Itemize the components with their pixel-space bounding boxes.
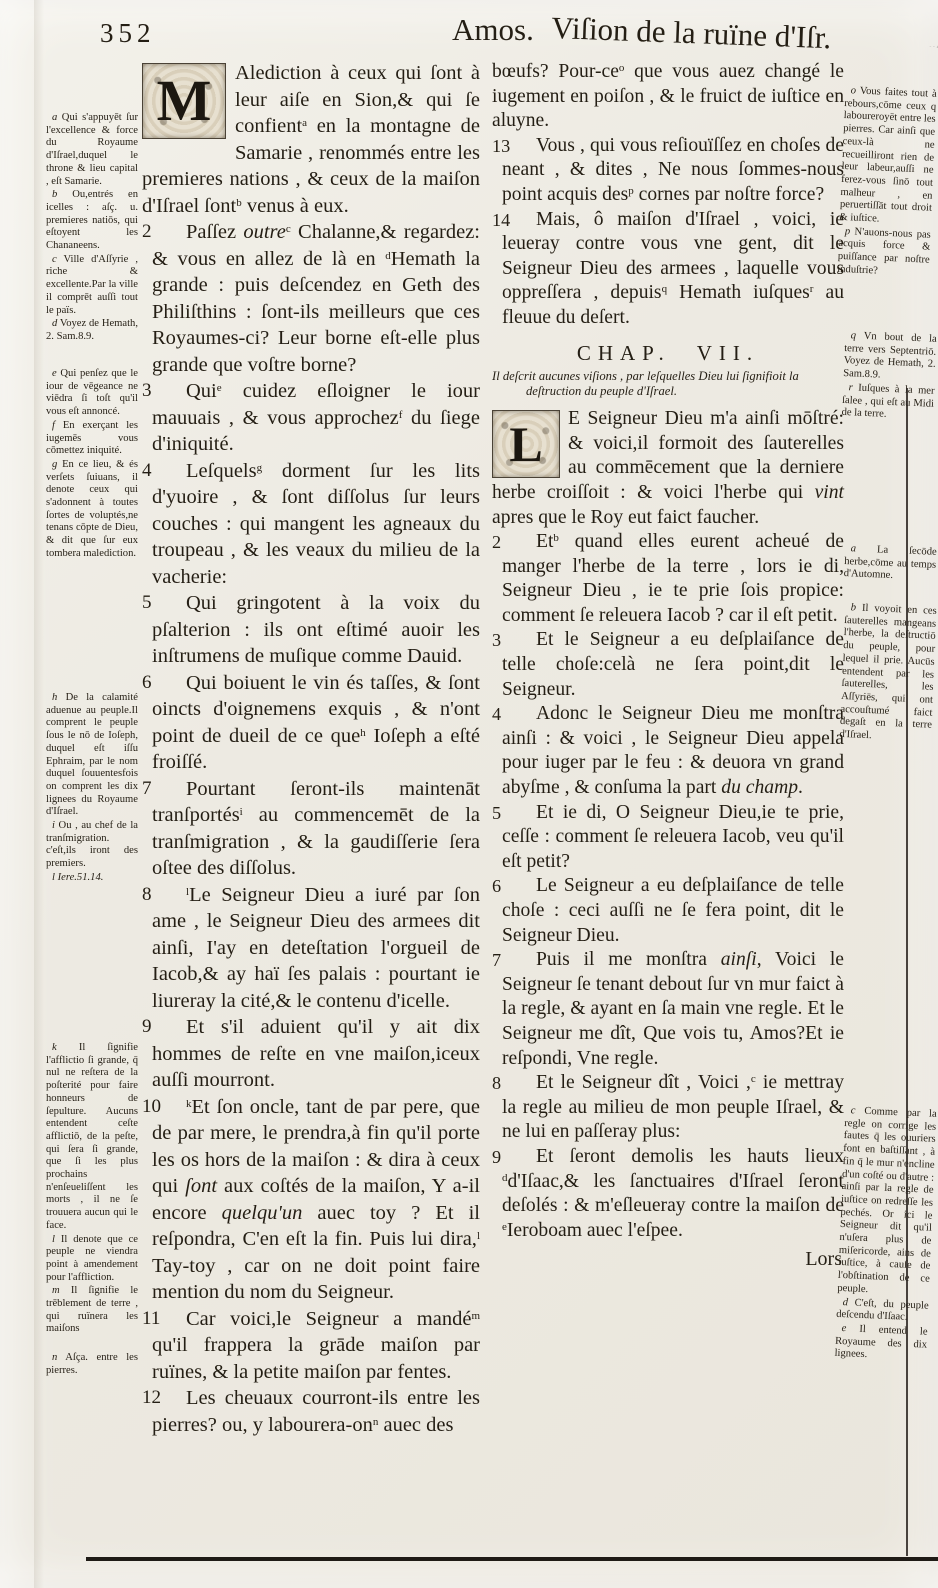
verse-number: 12 bbox=[142, 1385, 161, 1412]
verse-number: 7 bbox=[142, 776, 152, 803]
margin-note: q Vn bout de la terre vers Septentriō. V… bbox=[843, 330, 937, 385]
verse-number: 6 bbox=[492, 874, 501, 899]
verse-8: 8Et le Seigneur dît , Voici ,c ie mettra… bbox=[492, 1071, 844, 1145]
scan-corner-artifact bbox=[892, 0, 938, 48]
verse-6: 6Qui boiuent le vin és taſſes, & ſont oi… bbox=[142, 670, 480, 776]
margin-note: e Qui penſez que le iour de vēgeance ne … bbox=[46, 368, 138, 419]
verses-ch6-col2: 13Vous , qui vous reſiouïſſez en choſes … bbox=[492, 134, 844, 331]
margin-note: h De la calamité aduenue au peuple.Il co… bbox=[46, 692, 138, 819]
left-margin-notes-group-4: k Il ſignifie l'afflictio ſi grande, q̄ … bbox=[46, 1042, 138, 1337]
verse-8: 8lLe Seigneur Dieu a iuré par ſon ame , … bbox=[142, 882, 480, 1015]
verse-12-continuation: bœufs? Pour-ceo que vous auez changé le … bbox=[492, 60, 844, 134]
verse-number: 8 bbox=[142, 882, 152, 909]
dropcap-initial-L: L bbox=[492, 410, 560, 478]
right-margin-notes-group-3: a La ſecōde herbe,cōme au temps d'Automn… bbox=[843, 543, 937, 586]
dropcap-letter: L bbox=[509, 432, 542, 457]
verse-number: 2 bbox=[142, 219, 152, 246]
book-title: Amos. bbox=[452, 12, 534, 48]
left-margin-notes-group-2: e Qui penſez que le iour de vēgeance ne … bbox=[46, 368, 138, 562]
margin-note: r Iuſques à la mer ſalee , qui eſt au Mi… bbox=[841, 382, 935, 424]
chapter-heading: CHAP.VII. bbox=[492, 341, 844, 366]
verse-9: 9Et ſeront demolis les hauts lieux dd'Iſ… bbox=[492, 1145, 844, 1243]
scan-right-rule-artifact bbox=[906, 388, 908, 1556]
margin-note: d Voyez de Hemath, 2. Sam.8.9. bbox=[46, 318, 138, 343]
verse-number: 8 bbox=[492, 1071, 501, 1096]
margin-note: p N'auons-nous pas acquis force & puiſſa… bbox=[837, 226, 931, 281]
dropcap-initial-M: M bbox=[142, 63, 226, 139]
verse-13: 13Vous , qui vous reſiouïſſez en choſes … bbox=[492, 134, 844, 208]
right-margin-notes-group-2: q Vn bout de la terre vers Septentriō. V… bbox=[841, 330, 937, 425]
margin-note: m Il ſignifie le trēblement de terre , q… bbox=[46, 1285, 138, 1336]
chapter-label: CHAP. bbox=[577, 341, 671, 365]
verse-12: 12Les cheuaux courront-ils entre les pie… bbox=[142, 1385, 480, 1438]
verse-4: 4Adonc le Seigneur Dieu me monſtra ainſi… bbox=[492, 702, 844, 800]
verse-number: 5 bbox=[492, 801, 501, 826]
catchword: Lors bbox=[492, 1247, 842, 1272]
margin-note: d C'eſt, du peuple deſcendu d'Iſaac. bbox=[836, 1296, 929, 1325]
verse-number: 6 bbox=[142, 670, 152, 697]
verse-11: 11Car voici,le Seigneur a mandém qu'il f… bbox=[142, 1306, 480, 1386]
margin-note: l Iere.51.14. bbox=[46, 872, 138, 885]
verse-number: 2 bbox=[492, 530, 501, 555]
margin-note: c Comme par la regle on corrige les faut… bbox=[837, 1105, 937, 1299]
verse-5: 5Et ie di, O Seigneur Dieu,ie te prie, c… bbox=[492, 801, 844, 875]
verse-number: 10 bbox=[142, 1094, 161, 1121]
dropcap-letter: M bbox=[157, 88, 212, 115]
margin-note: c Ville d'Aſſyrie , riche & excellente.P… bbox=[46, 254, 138, 318]
margin-note: b Il voyoit en ces ſauterelles mangeans … bbox=[839, 602, 937, 745]
verse-3: 3Quie cuidez eſloigner le iour mauuais ,… bbox=[142, 378, 480, 458]
margin-note: o Vous faites tout à rebours,cōme ceux q… bbox=[839, 85, 937, 228]
margin-note: k Il ſignifie l'afflictio ſi grande, q̄ … bbox=[46, 1042, 138, 1233]
running-title: Viſion de la ruïne d'Iſr. bbox=[551, 10, 832, 56]
verse-2: 2Etb quand elles eurent acheué de manger… bbox=[492, 530, 844, 628]
page-number: 352 bbox=[100, 18, 156, 49]
verse-14: 14Mais, ô maiſon d'Iſrael , voici, ie le… bbox=[492, 208, 844, 331]
verse-9: 9Et s'il aduient qu'il y ait dix hommes … bbox=[142, 1014, 480, 1094]
left-margin-notes-group-3: h De la calamité aduenue au peuple.Il co… bbox=[46, 692, 138, 886]
verses-ch7: 2Etb quand elles eurent acheué de manger… bbox=[492, 530, 844, 1243]
verse-number: 4 bbox=[142, 458, 152, 485]
verse-number: 9 bbox=[142, 1014, 152, 1041]
page-gutter-shadow bbox=[34, 0, 44, 1588]
margin-note: l Il denote que ce peuple ne viendra poi… bbox=[46, 1234, 138, 1285]
verses-ch6-col1: 2Paſſez outrec Chalanne,& regardez: & vo… bbox=[142, 219, 480, 1438]
verse-4: 4Leſquelsg dorment ſur les lits d'yuoire… bbox=[142, 458, 480, 591]
verse-2: 2Paſſez outrec Chalanne,& regardez: & vo… bbox=[142, 219, 480, 378]
left-margin-notes-group-1: a Qui s'appuyēt ſur l'excellence & force… bbox=[46, 112, 138, 345]
verse-number: 4 bbox=[492, 702, 501, 727]
verse-number: 3 bbox=[492, 628, 501, 653]
chapter-number: VII. bbox=[697, 341, 759, 365]
verse-number: 13 bbox=[492, 134, 510, 159]
left-margin-notes-group-5: n Aſça. entre les pierres. bbox=[46, 1352, 138, 1378]
verse-6: 6Le Seigneur a eu deſplaiſance de telle … bbox=[492, 874, 844, 948]
margin-note: n Aſça. entre les pierres. bbox=[46, 1352, 138, 1377]
book-page: 352 Amos. Viſion de la ruïne d'Iſr. a Qu… bbox=[0, 0, 938, 1588]
scan-bottom-rule-artifact bbox=[86, 1557, 938, 1561]
chapter-summary: Il deſcrit aucunes viſions , par leſquel… bbox=[492, 369, 844, 398]
verse-7: 7Pourtant ſeront-ils maintenāt tranſport… bbox=[142, 776, 480, 882]
margin-note: e Il entend le Royaume des dix lignees. bbox=[834, 1323, 928, 1365]
verse-number: 11 bbox=[142, 1306, 160, 1333]
right-margin-notes-group-1: o Vous faites tout à rebours,cōme ceux q… bbox=[837, 85, 937, 281]
verse-3: 3Et le Seigneur a eu deſplaiſance de tel… bbox=[492, 628, 844, 702]
verse-10: 10kEt ſon oncle, tant de par pere, que d… bbox=[142, 1094, 480, 1306]
text-column-right: bœufs? Pour-ceo que vous auez changé le … bbox=[492, 60, 844, 1272]
verse-number: 3 bbox=[142, 378, 152, 405]
right-margin-notes-group-5: c Comme par la regle on corrige les faut… bbox=[834, 1105, 937, 1366]
margin-note: f En exerçant les iugemēs vous cōmettez … bbox=[46, 420, 138, 458]
verse-number: 5 bbox=[142, 590, 152, 617]
text-column-left: M Alediction à ceux qui ſont à leur aiſe… bbox=[142, 60, 480, 1438]
verse-number: 7 bbox=[492, 948, 501, 973]
verse-5: 5Qui gringotent à la voix du pſalterion … bbox=[142, 590, 480, 670]
margin-note: a La ſecōde herbe,cōme au temps d'Automn… bbox=[843, 543, 937, 585]
verse-7: 7Puis il me monſtra ainſi, Voici le Seig… bbox=[492, 948, 844, 1071]
verse-number: 14 bbox=[492, 208, 510, 233]
margin-note: b Ou,entrés en icelles : aſç. u. premier… bbox=[46, 189, 138, 253]
margin-note: g En ce lieu, & és verſets ſuiuans, il d… bbox=[46, 459, 138, 561]
verse-number: 9 bbox=[492, 1145, 501, 1170]
margin-note: a Qui s'appuyēt ſur l'excellence & force… bbox=[46, 112, 138, 188]
margin-note: i Ou , au chef de la tranſmigration. c'e… bbox=[46, 820, 138, 871]
right-margin-notes-group-4: b Il voyoit en ces ſauterelles mangeans … bbox=[839, 602, 937, 746]
